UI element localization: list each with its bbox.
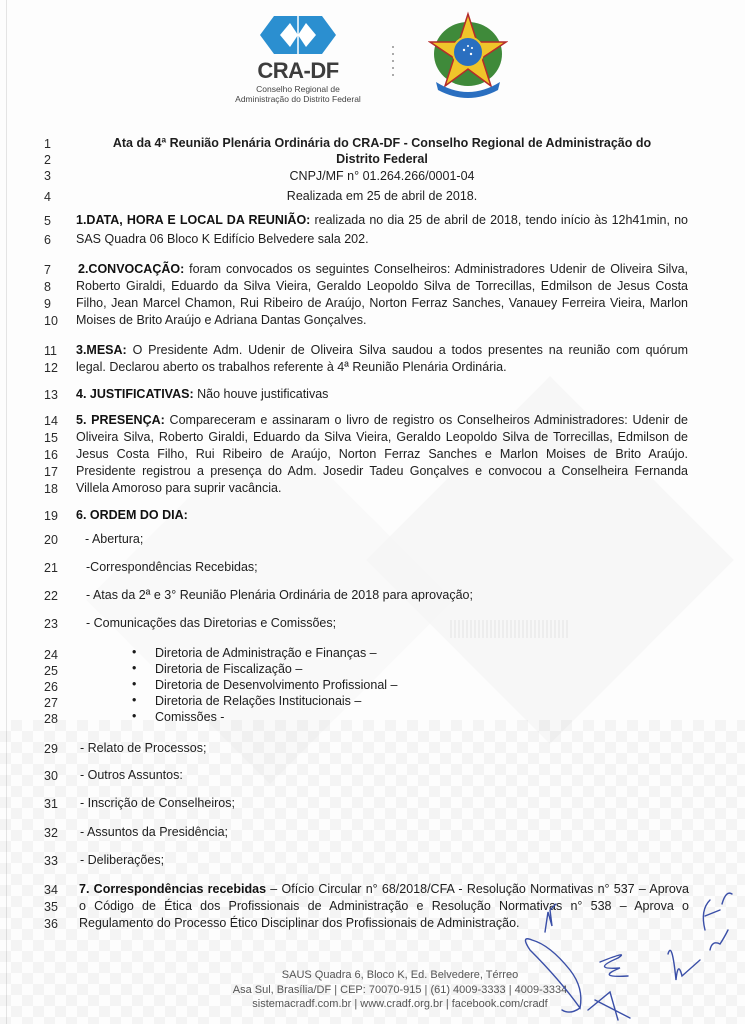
section-2-text: foram convocados os seguintes Conselheir…	[189, 262, 688, 276]
section-3-heading: 3.MESA:	[76, 343, 127, 357]
agenda-subitem: Diretoria de Administração e Finanças –	[155, 646, 377, 660]
section-3-line1: 3.MESA: O Presidente Adm. Udenir de Oliv…	[76, 342, 688, 358]
section-3-line2: legal. Declarou aberto os trabalhos refe…	[76, 359, 688, 375]
line-number: 28	[44, 712, 68, 726]
line-number: 31	[44, 797, 68, 811]
org-name: Conselho Regional de Administração do Di…	[218, 84, 378, 104]
section-4-line1: 4. JUSTIFICATIVAS: Não houve justificati…	[76, 386, 688, 402]
line-number: 2	[44, 153, 68, 167]
section-6-heading: 6. ORDEM DO DIA:	[76, 507, 688, 523]
line-number: 21	[44, 561, 68, 575]
handwritten-signatures-icon	[500, 880, 745, 1024]
agenda-item: - Comunicações das Diretorias e Comissõe…	[86, 615, 698, 631]
line-number: 24	[44, 648, 68, 662]
agenda-subitem: Diretoria de Fiscalização –	[155, 662, 302, 676]
section-2-line4: Moises de Brito Araújo e Adriana Dantas …	[76, 312, 688, 328]
line-number: 36	[44, 917, 68, 931]
bullet-icon: •	[132, 645, 136, 659]
agenda-item: - Relato de Processos;	[80, 740, 692, 756]
agenda-item: -Correspondências Recebidas;	[86, 559, 698, 575]
meeting-date: Realizada em 25 de abril de 2018.	[76, 188, 688, 204]
section-2-line3: Filho, Jean Marcel Chamon, Rui Ribeiro d…	[76, 295, 688, 311]
cra-df-logo-icon	[258, 14, 338, 56]
line-number: 5	[44, 214, 68, 228]
agenda-item: - Assuntos da Presidência;	[80, 824, 692, 840]
org-acronym: CRA-DF	[228, 58, 368, 84]
line-number: 32	[44, 826, 68, 840]
line-number: 10	[44, 314, 68, 328]
document-page: CRA-DF Conselho Regional de Administraçã…	[0, 0, 745, 1024]
line-number: 22	[44, 589, 68, 603]
line-number: 11	[44, 344, 68, 358]
org-name-line2: Administração do Distrito Federal	[218, 94, 378, 104]
bullet-icon: •	[132, 693, 136, 707]
agenda-subitem: Diretoria de Desenvolvimento Profissiona…	[155, 678, 397, 692]
section-5-line1: 5. PRESENÇA: Compareceram e assinaram o …	[76, 412, 688, 428]
line-number: 16	[44, 448, 68, 462]
agenda-item: - Deliberações;	[80, 852, 692, 868]
section-4-text: Não houve justificativas	[197, 387, 328, 401]
line-number: 9	[44, 297, 68, 311]
section-2-line2: Roberto Giraldi, Eduardo da Silva Vieira…	[76, 278, 688, 294]
brazil-coat-of-arms-icon	[428, 10, 508, 100]
line-number: 30	[44, 769, 68, 783]
line-number: 8	[44, 280, 68, 294]
cnpj: CNPJ/MF n° 01.264.266/0001-04	[76, 168, 688, 184]
section-1-line2: SAS Quadra 06 Bloco K Edifício Belvedere…	[76, 231, 688, 247]
agenda-item: - Inscrição de Conselheiros;	[80, 795, 692, 811]
line-number: 3	[44, 169, 68, 183]
section-5-line4: Presidente registrou a presença do Adm. …	[76, 463, 688, 479]
section-5-heading: 5. PRESENÇA:	[76, 413, 165, 427]
section-7-heading: 7. Correspondências recebidas	[79, 882, 266, 896]
line-number: 18	[44, 482, 68, 496]
header-divider	[392, 46, 394, 81]
line-number: 17	[44, 465, 68, 479]
section-2-heading: 2.CONVOCAÇÃO:	[78, 262, 184, 276]
line-number: 33	[44, 854, 68, 868]
line-number: 19	[44, 509, 68, 523]
section-6-heading-text: 6. ORDEM DO DIA:	[76, 508, 188, 522]
agenda-subitem: Diretoria de Relações Institucionais –	[155, 694, 361, 708]
line-number: 29	[44, 742, 68, 756]
section-3-text: O Presidente Adm. Udenir de Oliveira Sil…	[133, 343, 688, 357]
line-number: 13	[44, 388, 68, 402]
document-title: Ata da 4ª Reunião Plenária Ordinária do …	[76, 135, 688, 151]
agenda-item: - Atas da 2ª e 3° Reunião Plenária Ordin…	[86, 587, 698, 603]
section-4-heading: 4. JUSTIFICATIVAS:	[76, 387, 194, 401]
line-number: 7	[44, 263, 68, 277]
line-number: 27	[44, 696, 68, 710]
line-number: 25	[44, 664, 68, 678]
line-number: 14	[44, 414, 68, 428]
line-number: 12	[44, 361, 68, 375]
bullet-icon: •	[132, 709, 136, 723]
agenda-subitem: Comissões -	[155, 710, 224, 724]
section-5-line2: Oliveira Silva, Roberto Giraldi, Eduardo…	[76, 429, 688, 445]
section-5-line3: Jesus Costa Filho, Rui Ribeiro de Araújo…	[76, 446, 688, 462]
line-number: 15	[44, 431, 68, 445]
line-number: 35	[44, 900, 68, 914]
section-1-heading: 1.DATA, HORA E LOCAL DA REUNIÃO:	[76, 213, 310, 227]
line-number: 1	[44, 137, 68, 151]
section-2-line1: 2.CONVOCAÇÃO: foram convocados os seguin…	[78, 261, 688, 277]
line-number: 34	[44, 883, 68, 897]
section-5-text: Compareceram e assinaram o livro de regi…	[170, 413, 688, 427]
bullet-icon: •	[132, 677, 136, 691]
section-1-line1: 1.DATA, HORA E LOCAL DA REUNIÃO: realiza…	[76, 212, 688, 228]
line-number: 23	[44, 617, 68, 631]
document-title-line2: Distrito Federal	[76, 151, 688, 167]
line-number: 26	[44, 680, 68, 694]
agenda-item: - Outros Assuntos:	[80, 767, 692, 783]
section-1-text: realizada no dia 25 de abril de 2018, te…	[314, 213, 688, 227]
org-name-line1: Conselho Regional de	[218, 84, 378, 94]
bullet-icon: •	[132, 661, 136, 675]
line-number: 6	[44, 233, 68, 247]
line-number: 20	[44, 533, 68, 547]
line-number: 4	[44, 190, 68, 204]
agenda-item: - Abertura;	[85, 531, 697, 547]
section-5-line5: Villela Amoroso para suprir vacância.	[76, 480, 688, 496]
